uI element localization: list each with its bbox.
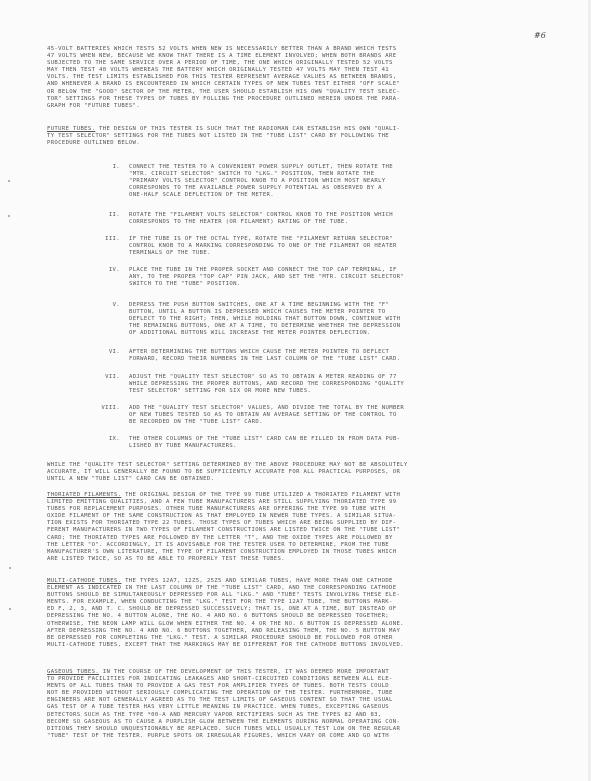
accuracy-paragraph: WHILE THE "QUALITY TEST SELECTOR" SETTIN…: [47, 462, 567, 483]
step-number: III.: [76, 236, 120, 243]
future-tubes-body: THE DESIGN OF THIS TESTER IS SUCH THAT T…: [47, 126, 400, 146]
step-number: VI.: [76, 349, 120, 356]
future-tubes-paragraph: Future Tubes. THE DESIGN OF THIS TESTER …: [47, 126, 567, 147]
step-text: ROTATE THE "FILAMENT VOLTS SELECTOR" CON…: [129, 212, 569, 226]
step-number: II.: [76, 212, 120, 219]
intro-paragraph: 45-VOLT BATTERIES WHICH TESTS 52 VOLTS W…: [47, 46, 567, 110]
step-number: IV.: [76, 267, 120, 274]
step-number: I.: [76, 164, 120, 171]
multi-cathode-heading: Multi-Cathode Tubes.: [47, 578, 121, 584]
margin-mark: [8, 180, 10, 182]
margin-mark: [9, 608, 11, 610]
step-text: THE OTHER COLUMNS OF THE "TUBE LIST" CAR…: [129, 436, 569, 450]
page-number: #6: [534, 32, 546, 39]
future-tubes-heading: Future Tubes.: [47, 126, 95, 132]
margin-mark: [9, 567, 11, 569]
thoriated-heading: Thoriated Filaments.: [47, 492, 121, 498]
step-number: VIII.: [76, 405, 120, 412]
gaseous-heading: Gaseous Tubes.: [47, 669, 99, 675]
step-text: AFTER DETERMINING THE BUTTONS WHICH CAUS…: [129, 349, 569, 363]
step-text: IF THE TUBE IS OF THE OCTAL TYPE, ROTATE…: [129, 236, 569, 257]
multi-cathode-body: THE TYPES 12A7, 12Z5, 25Z5 AND SIMILAR T…: [47, 578, 404, 648]
gaseous-body: IN THE COURSE OF THE DEVELOPMENT OF THIS…: [47, 669, 400, 739]
step-number: VII.: [76, 374, 120, 381]
step-text: ADD THE "QUALITY TEST SELECTOR" VALUES, …: [129, 405, 569, 426]
step-text: PLACE THE TUBE IN THE PROPER SOCKET AND …: [129, 267, 569, 288]
step-text: DEPRESS THE PUSH BUTTON SWITCHES, ONE AT…: [129, 302, 569, 337]
gaseous-paragraph: Gaseous Tubes. IN THE COURSE OF THE DEVE…: [47, 669, 567, 740]
step-text: CONNECT THE TESTER TO A CONVENIENT POWER…: [129, 164, 569, 199]
step-number: V.: [76, 302, 120, 309]
multi-cathode-paragraph: Multi-Cathode Tubes. THE TYPES 12A7, 12Z…: [47, 578, 567, 649]
margin-mark: [8, 215, 10, 217]
thoriated-paragraph: Thoriated Filaments. THE ORIGINAL DESIGN…: [47, 492, 567, 563]
step-number: IX.: [76, 436, 120, 443]
document-page: #6 45-VOLT BATTERIES WHICH TESTS 52 VOLT…: [0, 0, 591, 781]
step-text: ADJUST THE "QUALITY TEST SELECTOR" SO AS…: [129, 374, 569, 395]
thoriated-body: THE ORIGINAL DESIGN OF THE TYPE 99 TUBE …: [47, 492, 400, 562]
